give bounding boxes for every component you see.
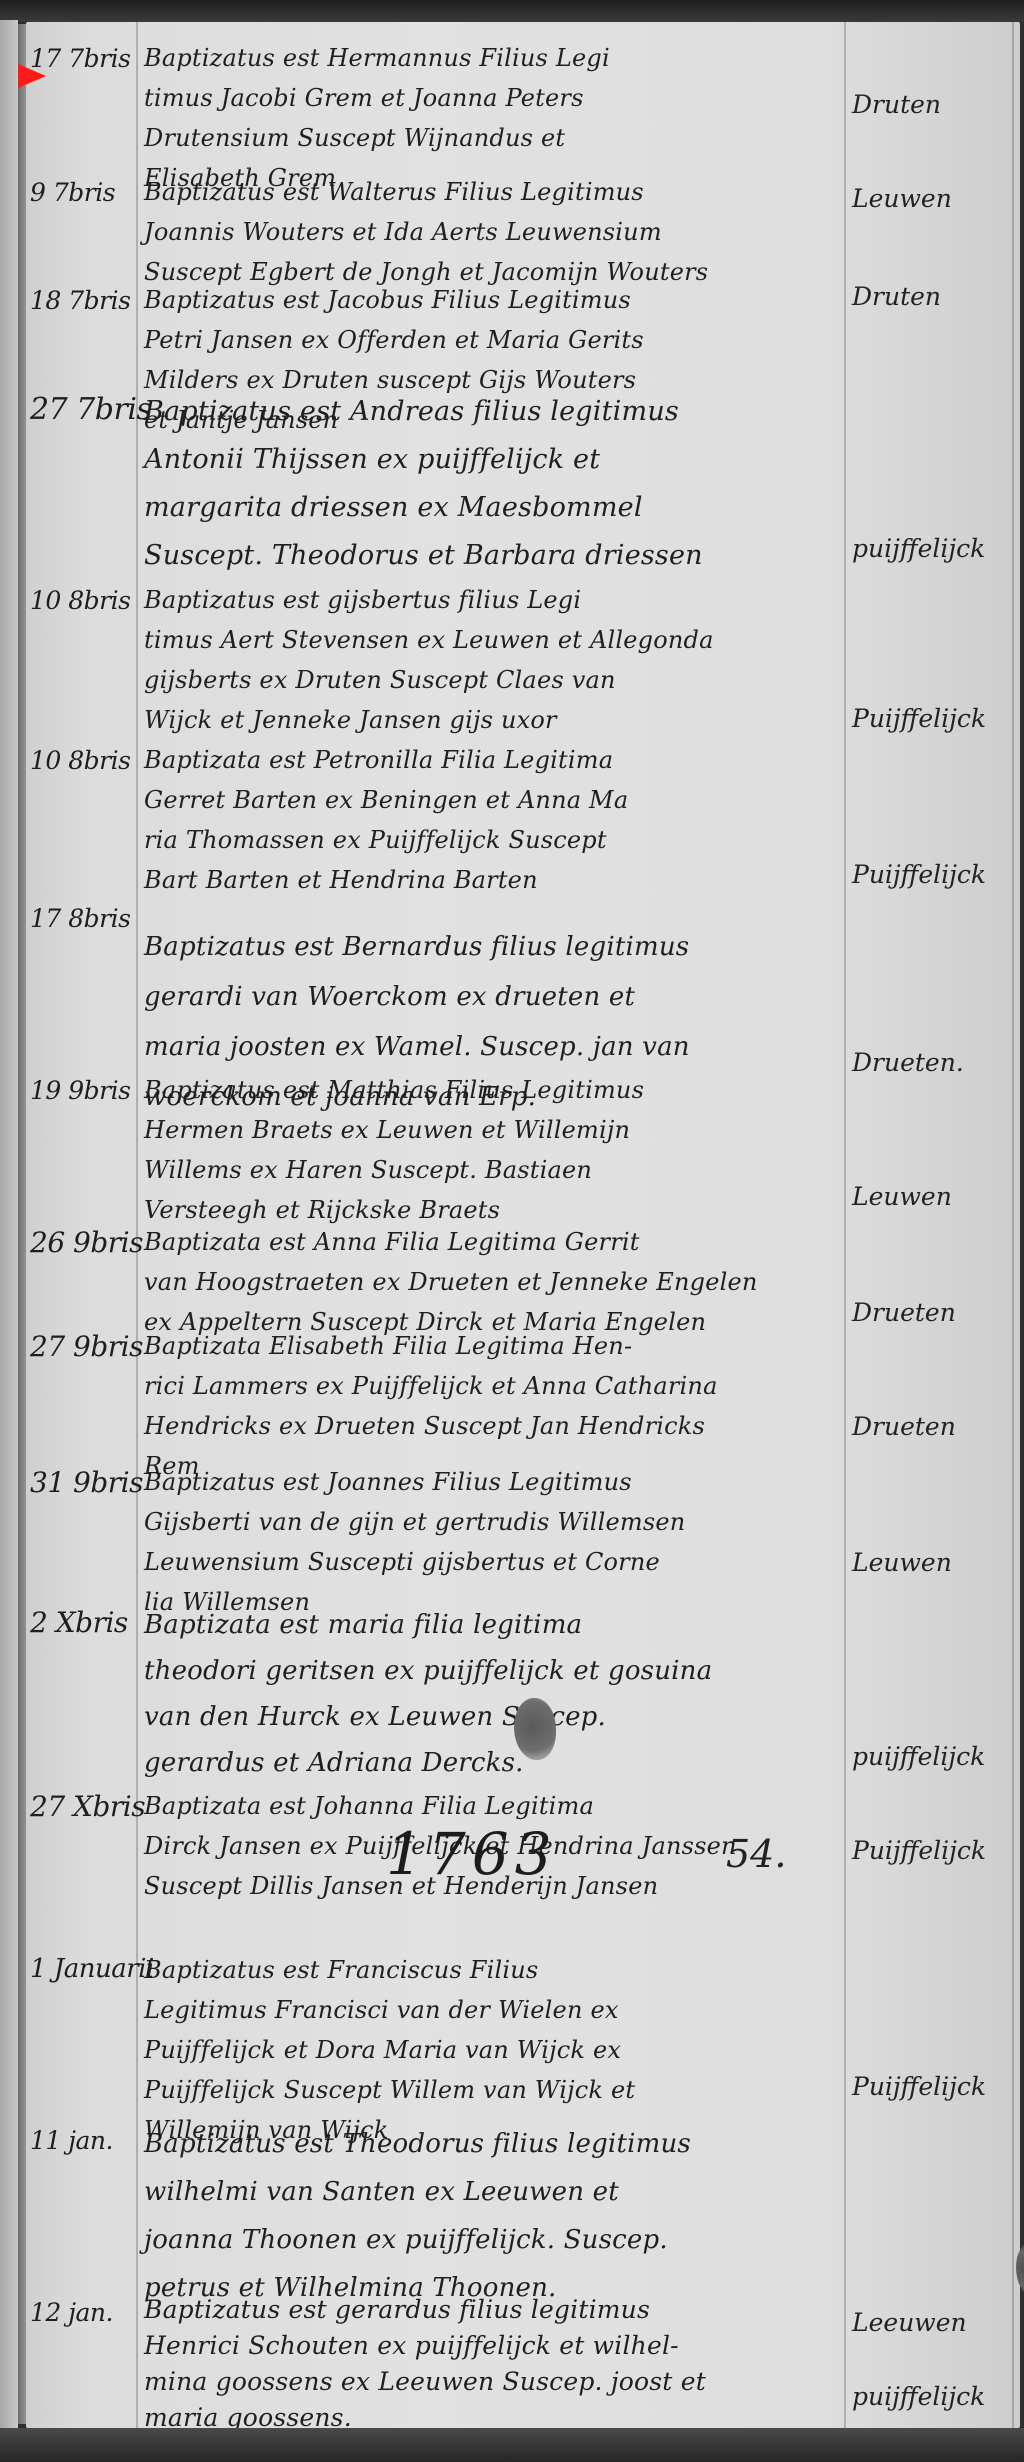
ink-blot — [1016, 2242, 1024, 2296]
entry-place: Puijffelijck — [852, 860, 1012, 889]
entry-place: Leuwen — [852, 1548, 1012, 1577]
entry-line: Hendricks ex Drueten Suscept Jan Hendric… — [144, 1406, 844, 1446]
entry-place: Drueten — [852, 1298, 1012, 1327]
entry-line: Gerret Barten ex Beningen et Anna Ma — [144, 780, 844, 820]
entry-line: Leuwensium Suscepti gijsbertus et Corne — [144, 1542, 844, 1582]
entry-text: Baptizata est Anna Filia Legitima Gerrit… — [144, 1222, 844, 1342]
entry-line: Puijffelijck et Dora Maria van Wijck ex — [144, 2030, 844, 2070]
entry-place: puijffelijck — [852, 1742, 1012, 1771]
entry-text: Baptizata est maria filia legitima theod… — [144, 1602, 844, 1786]
entry-line: Baptizatus est Matthias Filius Legitimus — [144, 1070, 844, 1110]
entry-line: wilhelmi van Santen ex Leeuwen et — [144, 2168, 844, 2216]
entry-date: 26 9bris — [30, 1226, 140, 1259]
entry-line: Suscept. Theodorus et Barbara driessen — [144, 532, 844, 580]
entry-place: Drueten. — [852, 1048, 1012, 1077]
entry-date: 2 Xbris — [30, 1606, 140, 1639]
entry-line: gerardi van Woerckom ex drueten et — [144, 972, 844, 1022]
scan-bottom-edge — [0, 2428, 1024, 2462]
entry-date: 12 jan. — [30, 2298, 140, 2327]
entry-date: 27 Xbris — [30, 1790, 140, 1823]
entry-line: Joannis Wouters et Ida Aerts Leuwensium — [144, 212, 844, 252]
entry-text: Baptizatus est Theodorus filius legitimu… — [144, 2120, 844, 2312]
entry-text: Baptizatus est gijsbertus filius Legi ti… — [144, 580, 844, 740]
entry-date: 10 8bris — [30, 586, 140, 615]
entry-line: Baptizata Elisabeth Filia Legitima Hen- — [144, 1326, 844, 1366]
entry-line: Baptizatus est Walterus Filius Legitimus — [144, 172, 844, 212]
entry-line: Legitimus Francisci van der Wielen ex — [144, 1990, 844, 2030]
entry-date: 27 9bris — [30, 1330, 140, 1363]
entry-line: Antonii Thijssen ex puijffelijck et — [144, 436, 844, 484]
register-page: 17 7bris Baptizatus est Hermannus Filius… — [26, 22, 1020, 2428]
entry-line: Baptizatus est Joannes Filius Legitimus — [144, 1462, 844, 1502]
entry-date: 17 7bris — [30, 44, 140, 73]
entry-text: Baptizatus est Andreas filius legitimus … — [144, 388, 844, 580]
entry-line: Wijck et Jenneke Jansen gijs uxor — [144, 700, 844, 740]
entry-line: Hermen Braets ex Leuwen et Willemijn — [144, 1110, 844, 1150]
entry-line: gerardus et Adriana Dercks. — [144, 1740, 844, 1786]
place-column-rule — [844, 22, 846, 2428]
entry-date: 10 8bris — [30, 746, 140, 775]
adjacent-page-edge — [0, 20, 18, 2440]
entry-line: Bart Barten et Hendrina Barten — [144, 860, 844, 900]
entry-line: gijsberts ex Druten Suscept Claes van — [144, 660, 844, 700]
entry-line: mina goossens ex Leeuwen Suscep. joost e… — [144, 2364, 844, 2400]
entry-text: Baptizatus est Walterus Filius Legitimus… — [144, 172, 844, 292]
entry-line: Baptizata est Anna Filia Legitima Gerrit — [144, 1222, 844, 1262]
entry-place: puijffelijck — [852, 534, 1012, 563]
entry-date: 1 Januarii — [30, 1954, 140, 1984]
entry-line: Drutensium Suscept Wijnandus et — [144, 118, 844, 158]
entry-line: Baptizatus est Bernardus filius legitimu… — [144, 922, 844, 972]
year-heading: 1763 — [386, 1820, 558, 1888]
entry-line: timus Jacobi Grem et Joanna Peters — [144, 78, 844, 118]
scan-top-edge — [0, 0, 1024, 22]
entry-line: timus Aert Stevensen ex Leuwen et Allego… — [144, 620, 844, 660]
entry-text: Baptizatus est Matthias Filius Legitimus… — [144, 1070, 844, 1230]
entry-line: Baptizatus est gijsbertus filius Legi — [144, 580, 844, 620]
entry-line: Gijsberti van de gijn et gertrudis Wille… — [144, 1502, 844, 1542]
entry-line: Baptizatus est Theodorus filius legitimu… — [144, 2120, 844, 2168]
entry-line: Baptizatus est gerardus filius legitimus — [144, 2292, 844, 2328]
entry-line: Baptizata est maria filia legitima — [144, 1602, 844, 1648]
entry-line: joanna Thoonen ex puijffelijck. Suscep. — [144, 2216, 844, 2264]
entry-place: Druten — [852, 282, 1012, 311]
entry-line: Puijffelijck Suscept Willem van Wijck et — [144, 2070, 844, 2110]
entry-line: margarita driessen ex Maesbommel — [144, 484, 844, 532]
entry-line: maria joosten ex Wamel. Suscep. jan van — [144, 1022, 844, 1072]
entry-place: puijffelijck — [852, 2382, 1012, 2411]
entry-line: van den Hurck ex Leuwen Suscep. — [144, 1694, 844, 1740]
date-column-rule — [136, 22, 138, 2428]
entry-line: Petri Jansen ex Offerden et Maria Gerits — [144, 320, 844, 360]
entry-line: rici Lammers ex Puijffelijck et Anna Cat… — [144, 1366, 844, 1406]
entry-place: Leeuwen — [852, 2308, 1012, 2337]
right-margin-rule — [1012, 22, 1014, 2428]
entry-line: Baptizatus est Andreas filius legitimus — [144, 388, 844, 436]
entry-line: Henrici Schouten ex puijffelijck et wilh… — [144, 2328, 844, 2364]
entry-line: Baptizatus est Franciscus Filius — [144, 1950, 844, 1990]
entry-place: Puijffelijck — [852, 2072, 1012, 2101]
entry-text: Baptizata est Petronilla Filia Legitima … — [144, 740, 844, 900]
entry-line: Willems ex Haren Suscept. Bastiaen — [144, 1150, 844, 1190]
ink-blot — [514, 1698, 556, 1760]
entry-date: 11 jan. — [30, 2126, 140, 2155]
entry-pointer-marker-icon — [18, 64, 46, 88]
entry-date: 19 9bris — [30, 1076, 140, 1105]
entry-line: Baptizata est Petronilla Filia Legitima — [144, 740, 844, 780]
entry-date: 31 9bris — [30, 1466, 140, 1499]
entry-count-marker: 54. — [726, 1832, 786, 1876]
entry-line: van Hoogstraeten ex Drueten et Jenneke E… — [144, 1262, 844, 1302]
entry-date: 27 7bris — [30, 392, 140, 427]
entry-date: 18 7bris — [30, 286, 140, 315]
entry-place: Puijffelijck — [852, 1836, 1012, 1865]
entry-place: Leuwen — [852, 1182, 1012, 1211]
entry-line: Baptizatus est Hermannus Filius Legi — [144, 38, 844, 78]
entry-date: 9 7bris — [30, 178, 140, 207]
entry-line: ria Thomassen ex Puijffelijck Suscept — [144, 820, 844, 860]
entry-text: Baptizatus est Joannes Filius Legitimus … — [144, 1462, 844, 1622]
entry-place: Druten — [852, 90, 1012, 119]
entry-line: theodori geritsen ex puijffelijck et gos… — [144, 1648, 844, 1694]
entry-place: Puijffelijck — [852, 704, 1012, 733]
entry-date: 17 8bris — [30, 904, 140, 933]
entry-place: Drueten — [852, 1412, 1012, 1441]
entry-text: Baptizatus est gerardus filius legitimus… — [144, 2292, 844, 2436]
entry-line: Baptizatus est Jacobus Filius Legitimus — [144, 280, 844, 320]
entry-place: Leuwen — [852, 184, 1012, 213]
